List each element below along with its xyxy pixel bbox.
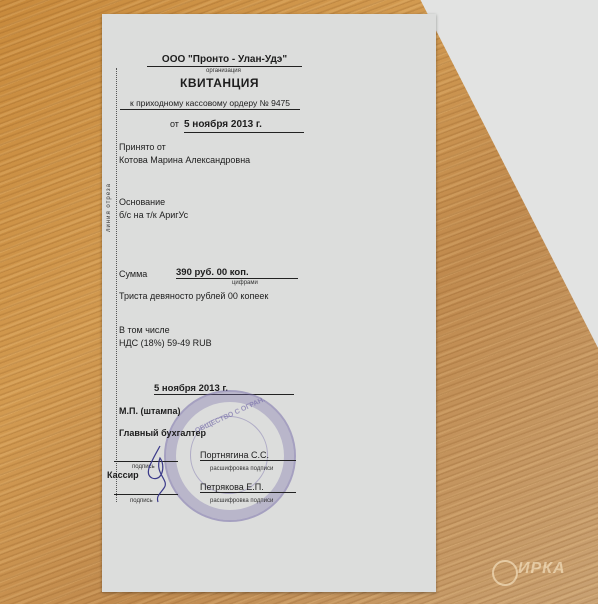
document-title: КВИТАНЦИЯ [180,76,259,90]
received-from-value: Котова Марина Александровна [119,155,250,165]
amount-digits: 390 руб. 00 коп. [176,267,298,279]
order-reference: к приходному кассовому ордеру № 9475 [120,98,300,110]
date-prefix: от [170,119,179,129]
basis-label: Основание [119,197,165,207]
amount-words: Триста девяносто рублей 00 копеек [119,291,268,301]
chief-decoding-caption: расшифровка подписи [210,466,273,472]
basis-value: б/с на т/к АригУс [119,210,188,220]
receipt-paper: линия отреза ООО "Пронто - Улан-Удэ" орг… [102,14,436,592]
chief-accountant-label: Главный бухгалтер [119,428,206,438]
vat-value: НДС (18%) 59-49 RUB [119,338,212,348]
perforation-line [116,68,117,502]
organization-name: ООО "Пронто - Улан-Удэ" [147,54,302,67]
received-from-label: Принято от [119,142,166,152]
amount-digits-caption: цифрами [232,280,258,286]
cashier-decoding-caption: расшифровка подписи [210,498,273,504]
cashier-label: Кассир [107,470,139,480]
including-label: В том числе [119,325,170,335]
watermark-logo-icon [492,560,518,586]
watermark-text: ИРКА [518,560,566,578]
cashier-name: Петрякова Е.П. [200,482,296,493]
organization-caption: организация [206,68,241,74]
date-value: 5 ноября 2013 г. [184,119,304,133]
cut-line-label: линия отреза [106,183,112,232]
chief-accountant-name: Портнягина С.С. [200,450,296,461]
receipt-date: от 5 ноября 2013 г. [170,119,304,133]
stamp-label: М.П. (штампа) [119,406,180,416]
handwritten-signature [140,444,180,504]
amount-label: Сумма [119,269,147,279]
